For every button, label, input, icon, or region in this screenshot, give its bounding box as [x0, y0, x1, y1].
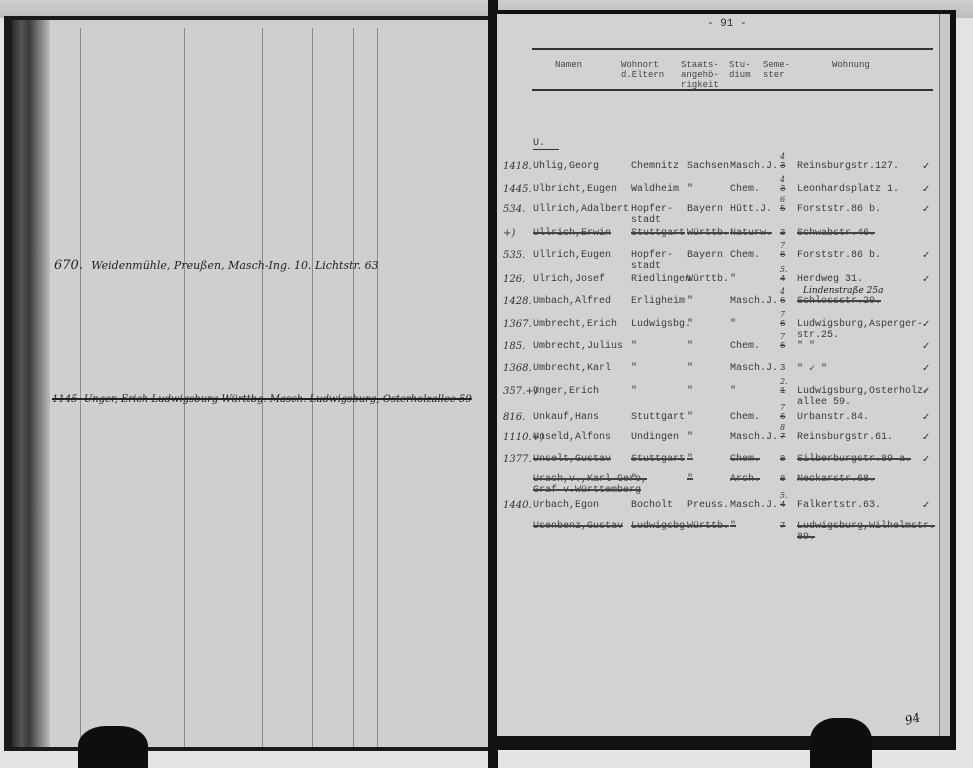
nationality: Württb.: [687, 228, 729, 239]
student-name: Umbach,Alfred: [533, 296, 611, 307]
row-number: 816.: [503, 412, 525, 423]
handwritten-entry: 670. Weidenmühle, Preußen, Masch-Ing. 10…: [54, 258, 379, 273]
register-row: 1445.Ulbricht,EugenWaldheim"Chem.34Leonh…: [497, 184, 939, 204]
register-row: 1428.Umbach,AlfredErligheim"Masch.J.64Sc…: [497, 296, 939, 316]
entry-number: 670.: [54, 258, 83, 273]
field-of-study: Chem.: [730, 412, 760, 423]
column-rule: [184, 28, 185, 747]
semester-updated: 4: [780, 175, 785, 184]
student-name: Uhlig,Georg: [533, 161, 599, 172]
parents-residence-cont: stadt: [631, 215, 661, 226]
right-ledger-page: - 91 - Namen Wohnort d.Eltern Staats- an…: [497, 14, 939, 736]
row-number: 1367.: [503, 319, 532, 330]
nationality: Preuss.: [687, 500, 729, 511]
student-name: Umbrecht,Erich: [533, 319, 617, 330]
checkmark-icon: ✓: [922, 204, 930, 215]
column-rule: [353, 28, 354, 747]
parents-residence: Stuttgart: [631, 454, 685, 465]
section-letter: U.: [533, 138, 559, 150]
register-row: Usenbenz,GustavLudwigsbg.Württb."7Ludwig…: [497, 521, 939, 541]
entry-number: 1145: [52, 394, 77, 405]
residence: Urbanstr.84.: [797, 412, 869, 423]
register-row: 1110.+)Unseld,AlfonsUndingen"Masch.J.78R…: [497, 432, 939, 452]
residence: Schlossstr.29.: [797, 296, 881, 307]
parents-residence: Undingen: [631, 432, 679, 443]
residence: Ludwigsburg,Wilhelmstr.: [797, 521, 935, 532]
register-row: 1368.Umbrecht,Karl""Masch.J.3" ✓ "✓: [497, 363, 939, 383]
parents-residence: Bocholt: [631, 500, 673, 511]
column-rule: [312, 28, 313, 747]
struck-handwritten-entry: 1145 Unger, Erich Ludwigsburg Württbg. M…: [52, 394, 482, 405]
student-name: Umbrecht,Julius: [533, 341, 623, 352]
checkmark-icon: ✓: [922, 454, 930, 465]
header-top-rule: [532, 48, 933, 50]
semester-updated: 7: [780, 332, 785, 341]
semester-updated: 6: [780, 195, 785, 204]
residence: Forststr.86 b.: [797, 250, 881, 261]
semester: 6: [780, 412, 785, 422]
residence: Herdweg 31.: [797, 274, 863, 285]
residence: Reinsburgstr.127.: [797, 161, 899, 172]
checkmark-icon: ✓: [922, 274, 930, 285]
row-number: 1428.: [503, 296, 532, 307]
semester: 3: [780, 184, 785, 194]
student-name: Ullrich,Adalbert: [533, 204, 629, 215]
parents-residence: Stuttgart: [631, 412, 685, 423]
semester: 8: [780, 474, 785, 484]
entry-text: Unger, Erich Ludwigsburg Württbg. Masch.…: [84, 394, 472, 405]
header-name: Namen: [555, 60, 582, 70]
semester-updated: 2.: [780, 377, 788, 386]
header-semester: Seme- ster: [763, 60, 790, 80]
checkmark-icon: ✓: [922, 432, 930, 443]
semester: 7: [780, 521, 785, 531]
page-gutter: [12, 20, 50, 747]
checkmark-icon: ✓: [922, 500, 930, 511]
register-row: 1377.Unselt,GustavStuttgart"Chem.8Silber…: [497, 454, 939, 474]
semester: 6: [780, 341, 785, 351]
field-of-study: Masch.J.: [730, 296, 778, 307]
semester: 4: [780, 500, 785, 510]
student-name-cont: Graf v.Württemberg: [533, 485, 641, 496]
header-nationality: Staats- angehö- rigkeit: [681, 60, 719, 90]
field-of-study: Masch.J.: [730, 363, 778, 374]
field-of-study: Chem.: [730, 454, 760, 465]
checkmark-icon: ✓: [922, 363, 930, 374]
student-name: Urbach,Egon: [533, 500, 599, 511]
register-row: 1367.Umbrecht,ErichLudwigsbg.""67Ludwigs…: [497, 319, 939, 339]
nationality: ": [687, 386, 693, 397]
field-of-study: Chem.: [730, 184, 760, 195]
field-of-study: Chem.: [730, 250, 760, 261]
row-number: 1368.: [503, 363, 532, 374]
student-name: Urach,v.,Karl Gero,: [533, 474, 647, 485]
entry-text: Weidenmühle, Preußen, Masch-Ing. 10. Lic…: [91, 259, 378, 272]
register-row: 1418.Uhlig,GeorgChemnitzSachsenMasch.J.3…: [497, 161, 939, 181]
header-study: Stu- dium: [729, 60, 751, 80]
row-number: 1440.: [503, 500, 532, 511]
residence: Reinsburgstr.61.: [797, 432, 893, 443]
parents-residence-cont: stadt: [631, 261, 661, 272]
semester-updated: 4: [780, 152, 785, 161]
residence-updated: Lindenstraße 25a: [803, 286, 883, 296]
field-of-study: Masch.J.: [730, 500, 778, 511]
semester: 5: [780, 204, 785, 214]
field-of-study: Arch.: [730, 474, 760, 485]
residence: Silberburgstr.89 a.: [797, 454, 911, 465]
checkmark-icon: ✓: [922, 341, 930, 352]
residence-cont: allee 59.: [797, 397, 851, 408]
parents-residence: ": [631, 474, 637, 485]
semester-updated: 7: [780, 310, 785, 319]
nationality: ": [687, 454, 693, 465]
nationality: ": [687, 412, 693, 423]
page-number: - 91 -: [707, 18, 747, 30]
semester-updated: 8: [780, 423, 785, 432]
page-edge: [939, 14, 950, 736]
checkmark-icon: ✓: [922, 250, 930, 261]
row-number: 1418.: [503, 161, 532, 172]
field-of-study: ": [730, 319, 736, 330]
nationality: ": [687, 341, 693, 352]
residence: Ludwigsburg,Osterholz-: [797, 386, 929, 397]
residence-cont: str.25.: [797, 330, 839, 341]
nationality: ": [687, 319, 693, 330]
semester: 1: [780, 386, 785, 396]
student-name: Ullrich,Erwin: [533, 228, 611, 239]
parents-residence: ": [631, 363, 637, 374]
student-name: Unger,Erich: [533, 386, 599, 397]
nationality: Bayern: [687, 204, 723, 215]
parents-residence: Ludwigsbg.: [631, 521, 691, 532]
semester: 3: [780, 228, 785, 238]
student-name: Usenbenz,Gustav: [533, 521, 623, 532]
residence: Leonhardsplatz 1.: [797, 184, 899, 195]
residence: " ": [797, 341, 815, 352]
register-row: 534.Ullrich,AdalbertHopfer-stadtBayernHü…: [497, 204, 939, 224]
field-of-study: ": [730, 521, 736, 532]
parents-residence: Erligheim: [631, 296, 685, 307]
row-number: +): [503, 228, 515, 239]
column-rule: [377, 28, 378, 747]
field-of-study: Masch.J.: [730, 432, 778, 443]
residence-cont: 89.: [797, 532, 815, 543]
row-number: 1445.: [503, 184, 532, 195]
semester: 6: [780, 296, 785, 306]
semester-updated: 5.: [780, 265, 788, 274]
semester-updated: 5.: [780, 491, 788, 500]
semester: 7: [780, 432, 785, 442]
checkmark-icon: ✓: [922, 161, 930, 172]
student-name: Unkauf,Hans: [533, 412, 599, 423]
semester-updated: 4: [780, 287, 785, 296]
semester: 3: [780, 363, 785, 373]
parents-residence: Ludwigsbg.: [631, 319, 691, 330]
parents-residence: Waldheim: [631, 184, 679, 195]
row-number: 126.: [503, 274, 525, 285]
semester-updated: 7: [780, 403, 785, 412]
header-residence: Wohnung: [832, 60, 870, 70]
student-name: Ulrich,Josef: [533, 274, 605, 285]
residence: Falkertstr.63.: [797, 500, 881, 511]
student-name: Unseld,Alfons: [533, 432, 611, 443]
nationality: Sachsen: [687, 161, 729, 172]
nationality: ": [687, 363, 693, 374]
field-of-study: Naturw.: [730, 228, 772, 239]
field-of-study: Masch.J.: [730, 161, 778, 172]
row-number: 185.: [503, 341, 525, 352]
residence: Neckarstr.68.: [797, 474, 875, 485]
checkmark-icon: ✓: [922, 412, 930, 423]
residence: Ludwigsburg,Asperger-: [797, 319, 923, 330]
nationality: ": [687, 432, 693, 443]
right-thumb: [810, 718, 872, 768]
nationality: ": [687, 474, 693, 485]
nationality: ": [687, 296, 693, 307]
semester: 6: [780, 319, 785, 329]
row-number: 1377.: [503, 454, 532, 465]
student-name: Umbrecht,Karl: [533, 363, 611, 374]
semester: 6: [780, 250, 785, 260]
field-of-study: ": [730, 386, 736, 397]
semester: 8: [780, 454, 785, 464]
register-row: 185.Umbrecht,Julius""Chem.67" "✓: [497, 341, 939, 361]
register-row: 357.+)Unger,Erich"""12.Ludwigsburg,Oster…: [497, 386, 939, 406]
parents-residence: Hopfer-: [631, 250, 673, 261]
left-ledger-page: 670. Weidenmühle, Preußen, Masch-Ing. 10…: [12, 20, 490, 747]
nationality: ": [687, 184, 693, 195]
student-name: Ullrich,Eugen: [533, 250, 611, 261]
parents-residence: Stuttgart: [631, 228, 685, 239]
register-row: 816.Unkauf,HansStuttgart"Chem.67Urbanstr…: [497, 412, 939, 432]
header-parents-residence: Wohnort d.Eltern: [621, 60, 664, 80]
checkmark-icon: ✓: [922, 184, 930, 195]
semester: 4: [780, 274, 785, 284]
semester-updated: 7: [780, 241, 785, 250]
checkmark-icon: ✓: [922, 319, 930, 330]
parents-residence: ": [631, 386, 637, 397]
parents-residence: Chemnitz: [631, 161, 679, 172]
register-row: 535.Ullrich,EugenHopfer-stadtBayernChem.…: [497, 250, 939, 270]
semester: 3: [780, 161, 785, 171]
register-row: Urach,v.,Karl Gero,Graf v.Württemberg""A…: [497, 474, 939, 494]
row-number: 534.: [503, 204, 525, 215]
nationality: Württb.: [687, 274, 729, 285]
field-of-study: Chem.: [730, 341, 760, 352]
parents-residence: Riedlingen: [631, 274, 691, 285]
left-thumb: [78, 726, 148, 768]
header-bottom-rule: [532, 89, 933, 91]
field-of-study: ": [730, 274, 736, 285]
field-of-study: Hütt.J.: [730, 204, 772, 215]
residence: Schwabstr.46.: [797, 228, 875, 239]
column-rule: [262, 28, 263, 747]
nationality: Württb.: [687, 521, 729, 532]
student-name: Unselt,Gustav: [533, 454, 611, 465]
residence: " ✓ ": [797, 363, 827, 375]
checkmark-icon: ✓: [922, 386, 930, 397]
column-rule: [80, 28, 81, 747]
parents-residence: ": [631, 341, 637, 352]
parents-residence: Hopfer-: [631, 204, 673, 215]
residence: Forststr.86 b.: [797, 204, 881, 215]
register-row: 1440.Urbach,EgonBocholtPreuss.Masch.J.45…: [497, 500, 939, 520]
student-name: Ulbricht,Eugen: [533, 184, 617, 195]
nationality: Bayern: [687, 250, 723, 261]
row-number: 535.: [503, 250, 525, 261]
register-row: +)Ullrich,ErwinStuttgartWürttb.Naturw.3S…: [497, 228, 939, 248]
